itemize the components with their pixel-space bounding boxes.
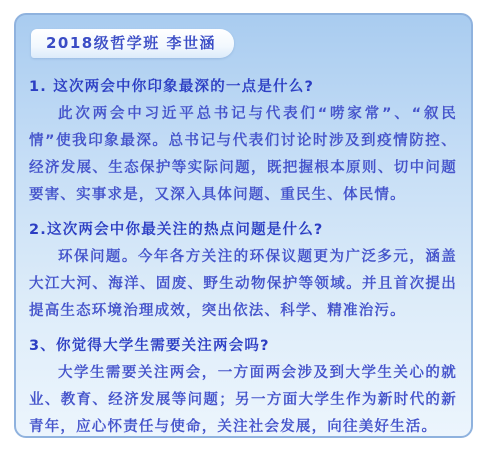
author-badge-label: 2018级哲学班 李世涵 — [46, 34, 216, 52]
qa-section-3: 3、你觉得大学生需要关注两会吗? 大学生需要关注两会，一方面两会涉及到大学生关心… — [29, 333, 457, 438]
question-3: 3、你觉得大学生需要关注两会吗? — [29, 333, 457, 360]
page: 2018级哲学班 李世涵 1. 这次两会中你印象最深的一点是什么? 此次两会中习… — [0, 0, 483, 462]
qa-section-1: 1. 这次两会中你印象最深的一点是什么? 此次两会中习近平总书记与代表们“唠家常… — [29, 74, 457, 209]
answer-1: 此次两会中习近平总书记与代表们“唠家常”、“叙民情”使我印象最深。总书记与代表们… — [29, 101, 457, 209]
answer-3: 大学生需要关注两会，一方面两会涉及到大学生关心的就业、教育、经济发展等问题；另一… — [29, 360, 457, 438]
answer-2: 环保问题。今年各方关注的环保议题更为广泛多元，涵盖大江大河、海洋、固废、野生动物… — [29, 244, 457, 325]
content-card: 2018级哲学班 李世涵 1. 这次两会中你印象最深的一点是什么? 此次两会中习… — [14, 13, 473, 438]
qa-section-2: 2.这次两会中你最关注的热点问题是什么? 环保问题。今年各方关注的环保议题更为广… — [29, 217, 457, 325]
question-2: 2.这次两会中你最关注的热点问题是什么? — [29, 217, 457, 244]
author-badge: 2018级哲学班 李世涵 — [31, 29, 234, 58]
question-1: 1. 这次两会中你印象最深的一点是什么? — [29, 74, 457, 101]
